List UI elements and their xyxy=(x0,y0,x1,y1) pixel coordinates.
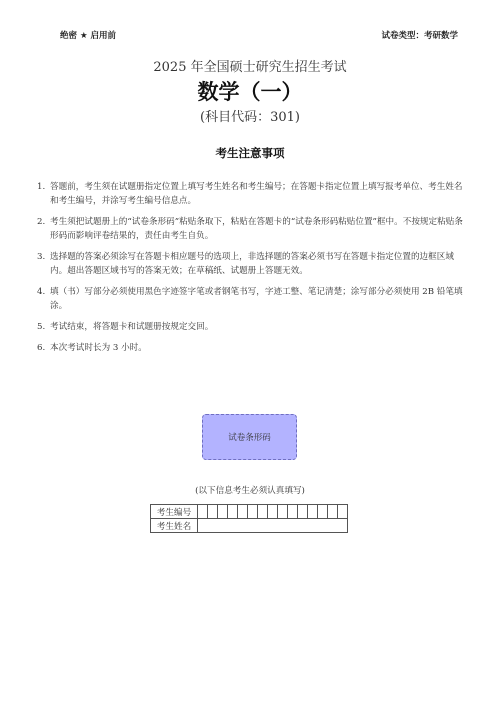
candidate-number-digit-box[interactable] xyxy=(288,505,298,519)
notice-item-text: 本次考试时长为 3 小时。 xyxy=(50,343,147,353)
notice-item: 2. 考生须把试题册上的“试卷条形码”粘贴条取下，粘贴在答题卡的“试卷条形码粘贴… xyxy=(37,215,467,243)
notice-item-number: 4. xyxy=(37,285,45,299)
notice-item-number: 2. xyxy=(37,215,45,229)
notice-item-number: 5. xyxy=(37,320,45,334)
candidate-name-field[interactable] xyxy=(198,519,348,533)
notice-item-number: 3. xyxy=(37,250,45,264)
notice-item: 5. 考试结束，将答题卡和试题册按规定交回。 xyxy=(37,320,467,334)
confidential-label: 绝密 ★ 启用前 xyxy=(60,29,116,41)
notice-item-text: 考试结束，将答题卡和试题册按规定交回。 xyxy=(50,322,213,332)
candidate-number-digit-box[interactable] xyxy=(248,505,258,519)
candidate-number-row: 考生编号 xyxy=(151,505,348,519)
notice-heading: 考生注意事项 xyxy=(0,145,500,161)
candidate-name-label: 考生姓名 xyxy=(151,519,198,533)
notice-item: 3. 选择题的答案必须涂写在答题卡相应题号的选项上，非选择题的答案必须书写在答题… xyxy=(37,250,467,278)
barcode-label: 试卷条形码 xyxy=(228,431,271,443)
candidate-number-digit-box[interactable] xyxy=(198,505,208,519)
notice-item-text: 答题前，考生须在试题册指定位置上填写考生姓名和考生编号；在答题卡指定位置上填写报… xyxy=(50,182,463,206)
candidate-number-digit-box[interactable] xyxy=(258,505,268,519)
candidate-number-digit-box[interactable] xyxy=(278,505,288,519)
notice-item: 1. 答题前，考生须在试题册指定位置上填写考生姓名和考生编号；在答题卡指定位置上… xyxy=(37,180,467,208)
candidate-info-table: 考生编号 考生姓名 xyxy=(150,504,348,533)
notice-item: 4. 填（书）写部分必须使用黑色字迹签字笔或者钢笔书写，字迹工整、笔记清楚；涂写… xyxy=(37,285,467,313)
candidate-number-digit-box[interactable] xyxy=(208,505,218,519)
candidate-number-digit-box[interactable] xyxy=(318,505,328,519)
candidate-number-digit-box[interactable] xyxy=(308,505,318,519)
candidate-info-note: (以下信息考生必须认真填写) xyxy=(0,484,500,496)
candidate-number-digit-box[interactable] xyxy=(268,505,278,519)
notice-item: 6. 本次考试时长为 3 小时。 xyxy=(37,341,467,355)
candidate-number-digit-box[interactable] xyxy=(218,505,228,519)
notice-item-number: 6. xyxy=(37,341,45,355)
candidate-number-digit-box[interactable] xyxy=(228,505,238,519)
exam-title: 2025 年全国硕士研究生招生考试 xyxy=(0,56,500,75)
paper-type-label: 试卷类型：考研数学 xyxy=(381,29,458,41)
candidate-number-digit-box[interactable] xyxy=(298,505,308,519)
candidate-number-label: 考生编号 xyxy=(151,505,198,519)
candidate-number-digit-box[interactable] xyxy=(238,505,248,519)
notice-item-text: 考生须把试题册上的“试卷条形码”粘贴条取下，粘贴在答题卡的“试卷条形码粘贴位置”… xyxy=(50,217,463,241)
notice-item-text: 选择题的答案必须涂写在答题卡相应题号的选项上，非选择题的答案必须书写在答题卡指定… xyxy=(50,252,454,276)
candidate-name-row: 考生姓名 xyxy=(151,519,348,533)
barcode-placeholder: 试卷条形码 xyxy=(202,414,297,460)
notice-item-text: 填（书）写部分必须使用黑色字迹签字笔或者钢笔书写，字迹工整、笔记清楚；涂写部分必… xyxy=(50,287,463,311)
candidate-number-digit-box[interactable] xyxy=(338,505,348,519)
candidate-number-digit-box[interactable] xyxy=(328,505,338,519)
notice-item-number: 1. xyxy=(37,180,45,194)
subject-title: 数学（一） xyxy=(0,76,500,106)
subject-code: (科目代码：301) xyxy=(0,106,500,125)
notice-list: 1. 答题前，考生须在试题册指定位置上填写考生姓名和考生编号；在答题卡指定位置上… xyxy=(37,180,467,362)
